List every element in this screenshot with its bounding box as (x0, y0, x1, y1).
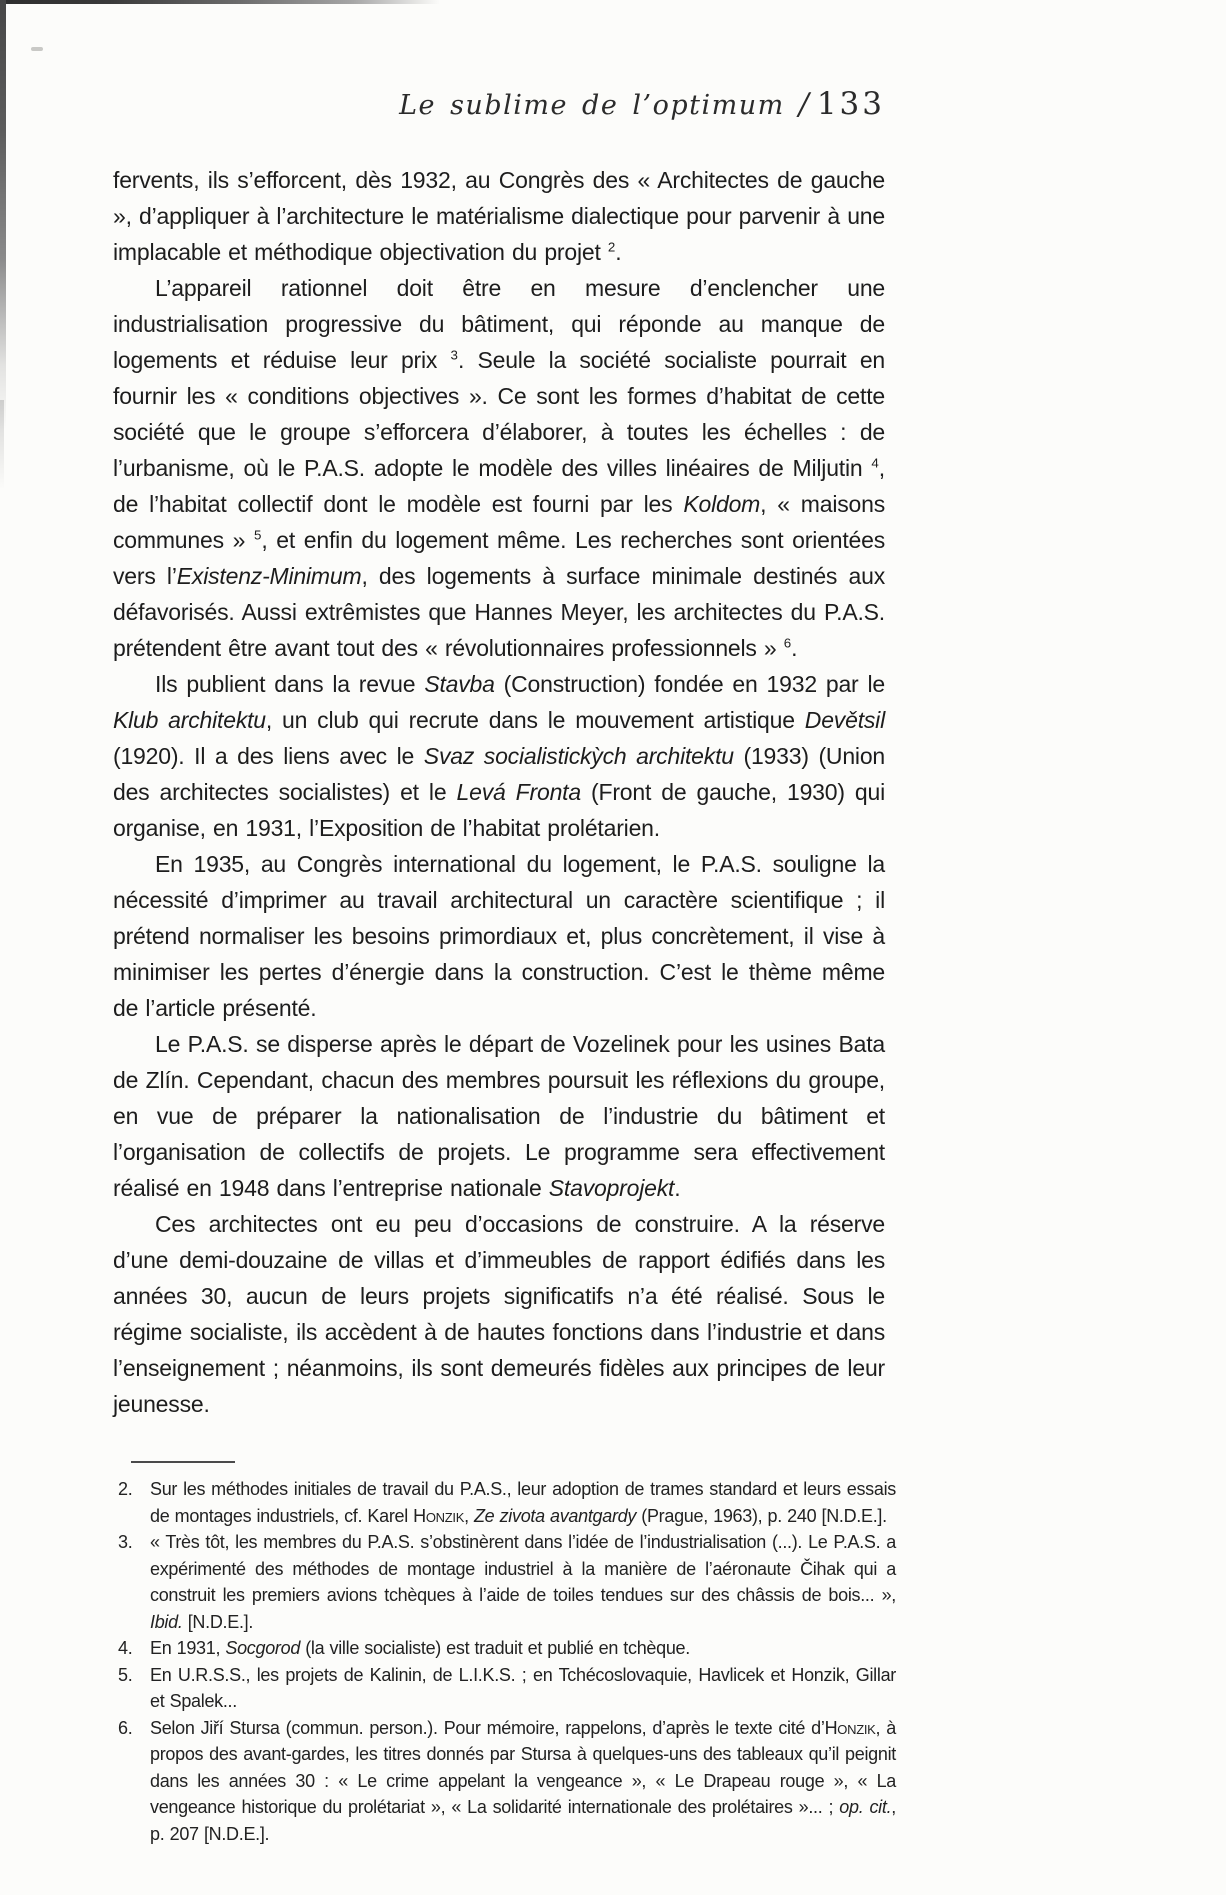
scan-speck-artifact (31, 47, 43, 51)
footnotes: 2.Sur les méthodes initiales de travail … (118, 1476, 896, 1847)
scan-edge-left-artifact (0, 0, 6, 430)
book-page: Le sublime de l’optimum/133 fervents, il… (0, 0, 1226, 1895)
scan-edge-top-artifact (0, 0, 440, 4)
footnote-text: En U.R.S.S., les projets de Kalinin, de … (150, 1665, 896, 1712)
paragraph: Le P.A.S. se disperse après le départ de… (113, 1026, 885, 1206)
footnote-item: 5.En U.R.S.S., les projets de Kalinin, d… (118, 1662, 896, 1715)
body-text: fervents, ils s’efforcent, dès 1932, au … (113, 162, 885, 1422)
page-number: 133 (817, 86, 885, 122)
running-header: Le sublime de l’optimum/133 (113, 86, 885, 122)
scan-edge-left-faint-artifact (0, 400, 4, 490)
paragraph: En 1935, au Congrès international du log… (113, 846, 885, 1026)
footnote-item: 6.Selon Jiří Stursa (commun. person.). P… (118, 1715, 896, 1848)
footnote-item: 4.En 1931, Socgorod (la ville socialiste… (118, 1635, 896, 1662)
footnote-divider (131, 1461, 235, 1463)
footnote-text: En 1931, Socgorod (la ville socialiste) … (150, 1638, 690, 1658)
footnote-number: 3. (118, 1529, 132, 1556)
paragraph: Ils publient dans la revue Stavba (Const… (113, 666, 885, 846)
footnote-item: 3.« Très tôt, les membres du P.A.S. s’ob… (118, 1529, 896, 1635)
footnote-text: Selon Jiří Stursa (commun. person.). Pou… (150, 1718, 896, 1844)
paragraph: fervents, ils s’efforcent, dès 1932, au … (113, 162, 885, 270)
footnote-text: « Très tôt, les membres du P.A.S. s’obst… (150, 1532, 896, 1632)
paragraph: L’appareil rationnel doit être en mesure… (113, 270, 885, 666)
paragraph: Ces architectes ont eu peu d’occasions d… (113, 1206, 885, 1422)
footnote-number: 2. (118, 1476, 132, 1503)
footnote-text: Sur les méthodes initiales de travail du… (150, 1479, 896, 1526)
header-separator: / (799, 87, 809, 122)
running-title: Le sublime de l’optimum (399, 90, 785, 121)
footnote-number: 4. (118, 1635, 132, 1662)
footnote-number: 6. (118, 1715, 132, 1742)
footnote-number: 5. (118, 1662, 132, 1689)
footnote-item: 2.Sur les méthodes initiales de travail … (118, 1476, 896, 1529)
